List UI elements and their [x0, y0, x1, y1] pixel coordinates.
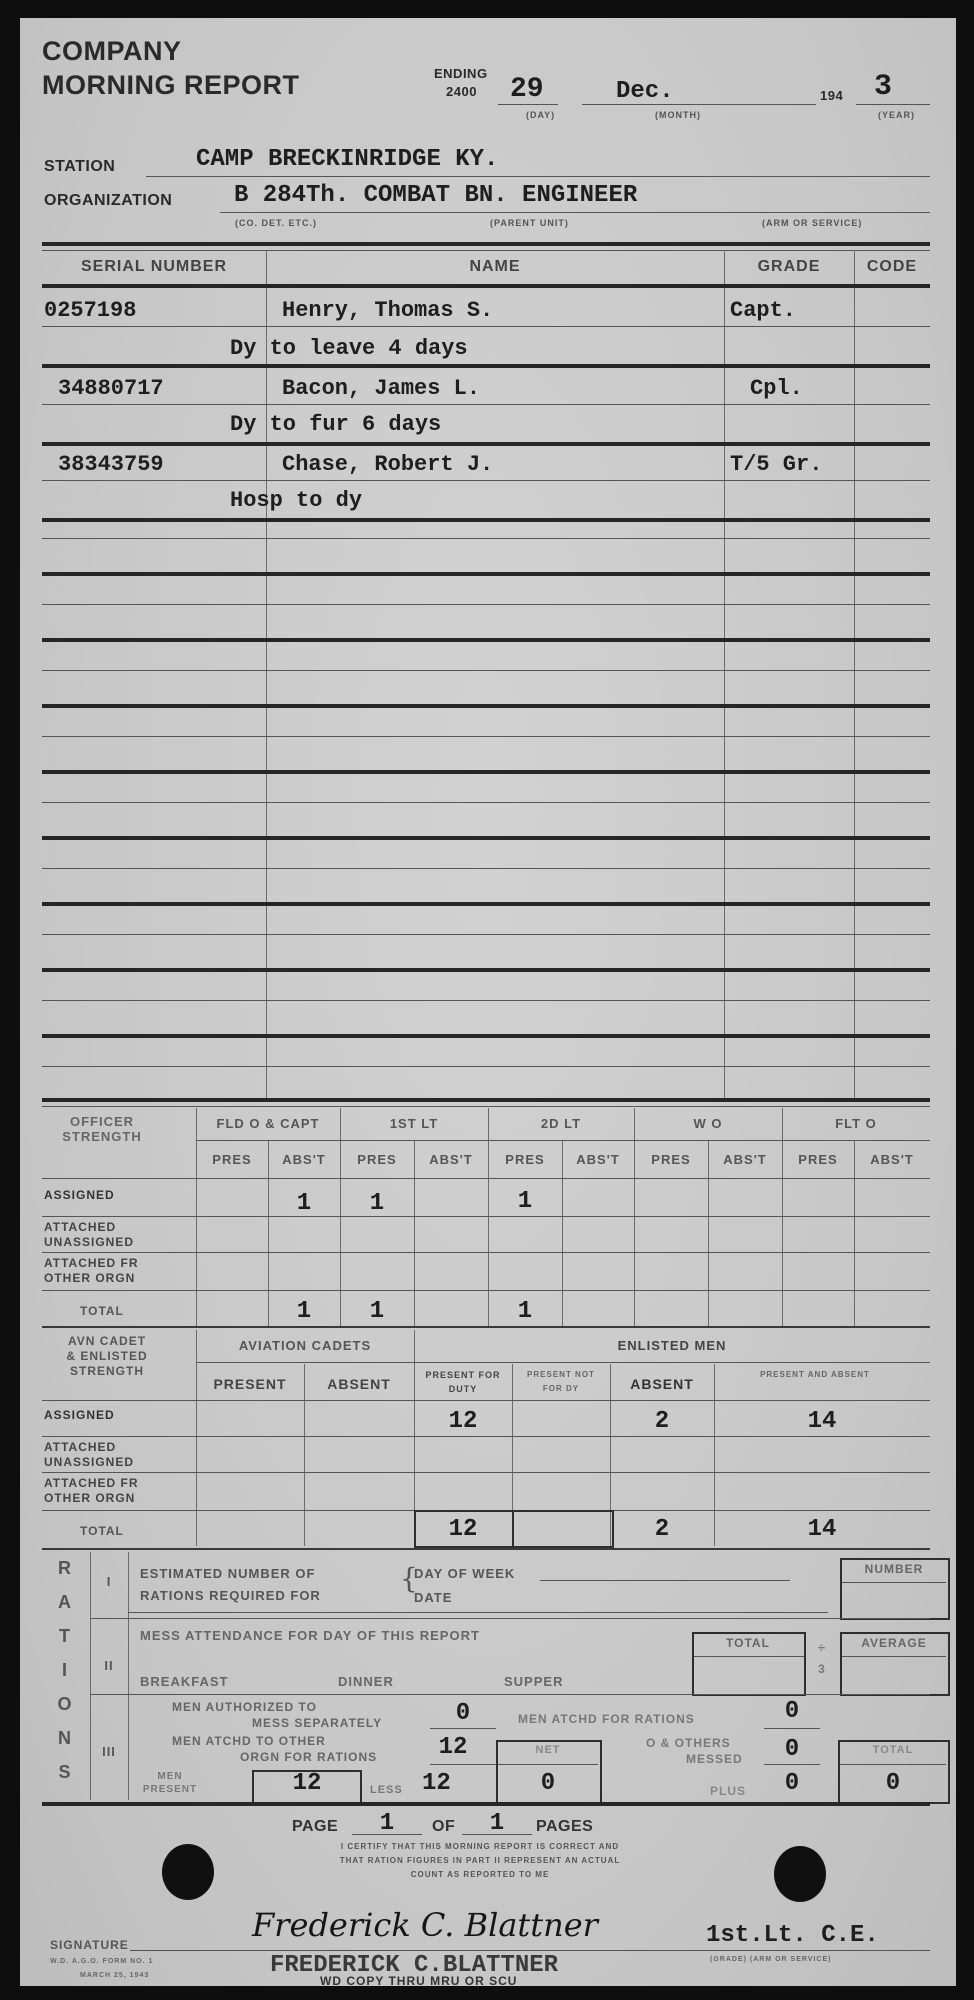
entry-rule [42, 638, 930, 642]
atchd-other-value[interactable]: 12 [420, 1734, 486, 1761]
side-letter: R [50, 1558, 80, 1579]
os-rule [42, 1178, 930, 1179]
certify-line3: COUNT AS REPORTED TO ME [240, 1868, 720, 1882]
part-ii-bottom-rule [90, 1694, 930, 1695]
col-header-code: CODE [854, 258, 930, 276]
soldier-grade[interactable]: Capt. [730, 298, 796, 323]
es-subheader-rule [196, 1362, 930, 1363]
os-group-2d-lt: 2D LT [488, 1116, 634, 1131]
os-group-flt-o: FLT O [782, 1116, 930, 1131]
soldier-name[interactable]: Bacon, James L. [282, 376, 480, 401]
es-cell[interactable]: 14 [714, 1408, 930, 1435]
mess-total-rule [694, 1656, 804, 1657]
part-i-numeral: I [90, 1574, 128, 1589]
entry-rule [42, 518, 930, 522]
certify-line1: I CERTIFY THAT THIS MORNING REPORT IS CO… [240, 1840, 720, 1854]
es-rule [42, 1472, 930, 1473]
soldier-grade[interactable]: T/5 Gr. [730, 452, 822, 477]
row-rule [42, 802, 930, 803]
auth-sep-value[interactable]: 0 [430, 1700, 496, 1727]
supper-label: SUPPER [504, 1674, 563, 1689]
station-value[interactable]: CAMP BRECKINRIDGE KY. [196, 146, 498, 173]
officer-strength-title-2: STRENGTH [42, 1129, 162, 1144]
page-number[interactable]: 1 [352, 1810, 422, 1837]
signature-script[interactable]: Frederick C. Blattner [252, 1906, 598, 1944]
average-rule [842, 1656, 946, 1657]
entry-rule [42, 1098, 930, 1102]
soldier-name[interactable]: Henry, Thomas S. [282, 298, 493, 323]
es-row-label-attached-fr-other: ATTACHED FR OTHER ORGN [44, 1476, 164, 1506]
dinner-label: DINNER [338, 1674, 394, 1689]
page-total[interactable]: 1 [462, 1810, 532, 1837]
entry-rule [42, 1034, 930, 1038]
os-divider [562, 1140, 563, 1326]
date-label: DATE [414, 1590, 452, 1605]
es-cell[interactable]: 12 [414, 1516, 512, 1543]
es-title-2: & ENLISTED [42, 1349, 172, 1364]
os-group-1st-lt: 1ST LT [340, 1116, 488, 1131]
organization-label: ORGANIZATION [44, 192, 172, 210]
es-col-absent: ABSENT [304, 1376, 414, 1392]
os-sub-pres: PRES [634, 1152, 708, 1167]
organization-value[interactable]: B 284Th. COMBAT BN. ENGINEER [234, 182, 637, 209]
signature-label: SIGNATURE [50, 1938, 129, 1952]
es-col-present-not-for-dy: PRESENT NOT FOR DY [520, 1368, 602, 1396]
year-underline [856, 104, 930, 105]
day-caption: (DAY) [526, 110, 555, 120]
mess-attendance-title: MESS ATTENDANCE FOR DAY OF THIS REPORT [140, 1628, 480, 1643]
es-col-present-for-duty: PRESENT FOR DUTY [424, 1368, 502, 1396]
part-iii-numeral: III [90, 1744, 128, 1759]
os-row-label-attached-unassigned: ATTACHED UNASSIGNED [44, 1220, 164, 1250]
os-subheader-rule [196, 1140, 930, 1141]
net-label: NET [496, 1744, 600, 1756]
os-sub-abst: ABS'T [854, 1152, 930, 1167]
ration-total-label: TOTAL [838, 1744, 948, 1756]
row-rule [42, 934, 930, 935]
of-label: OF [432, 1818, 455, 1836]
row-rule [42, 1000, 930, 1001]
soldier-name[interactable]: Chase, Robert J. [282, 452, 493, 477]
certify-line2: THAT RATION FIGURES IN PART II REPRESENT… [240, 1854, 720, 1868]
entry-rule [42, 442, 930, 446]
entry-rule [42, 704, 930, 708]
os-row-label-total: TOTAL [80, 1304, 124, 1318]
ending-time: 2400 [446, 84, 477, 99]
morning-report-form: COMPANY MORNING REPORT ENDING 2400 29 (D… [20, 18, 956, 1986]
rations-divider [128, 1552, 129, 1800]
row-rule [42, 326, 930, 327]
os-sub-pres: PRES [196, 1152, 268, 1167]
side-letter: N [50, 1728, 80, 1749]
caption-arm-service: (ARM OR SERVICE) [762, 218, 862, 228]
es-bottom-rule [42, 1548, 930, 1550]
entry-remark[interactable]: Hosp to dy [230, 488, 362, 513]
atchd-for-rations-label: MEN ATCHD FOR RATIONS [518, 1712, 695, 1726]
atchd-other-line1: MEN ATCHD TO OTHER [172, 1734, 326, 1748]
grade-service[interactable]: 1st.Lt. C.E. [706, 1922, 879, 1949]
auth-sep-line1: MEN AUTHORIZED TO [172, 1700, 317, 1714]
es-title-3: STRENGTH [42, 1364, 172, 1379]
part-i-line1: ESTIMATED NUMBER OF [140, 1566, 315, 1581]
net-rule [498, 1764, 598, 1765]
atchd-for-rations-value[interactable]: 0 [764, 1698, 820, 1725]
ration-total-value[interactable]: 0 [838, 1770, 948, 1797]
os-cell[interactable]: 1 [268, 1298, 340, 1325]
os-cell[interactable]: 1 [488, 1298, 562, 1325]
divide-by: 3 [810, 1662, 834, 1676]
copy-note: WD COPY THRU MRU OR SCU [320, 1974, 517, 1988]
form-title-line1: COMPANY [42, 36, 182, 66]
roster-top-rule [42, 242, 930, 246]
month-value[interactable]: Dec. [616, 78, 674, 105]
es-cell[interactable]: 14 [714, 1516, 930, 1543]
entry-rule-2 [42, 1106, 930, 1107]
os-sub-abst: ABS'T [268, 1152, 340, 1167]
divide-icon: ÷ [810, 1640, 834, 1655]
os-rule [42, 1290, 930, 1291]
row-rule [42, 1066, 930, 1067]
os-sub-abst: ABS'T [562, 1152, 634, 1167]
organization-underline [220, 212, 930, 213]
os-row-label-assigned: ASSIGNED [44, 1188, 115, 1202]
side-letter: A [50, 1592, 80, 1613]
row-rule [42, 868, 930, 869]
es-col-present-and-absent: PRESENT AND ABSENT [760, 1368, 870, 1382]
day-value[interactable]: 29 [510, 74, 544, 105]
page-label: PAGE [292, 1818, 338, 1836]
serial-number[interactable]: 38343759 [58, 452, 164, 477]
station-label: STATION [44, 158, 115, 176]
form-title-line2: MORNING REPORT [42, 70, 300, 100]
col-header-name: NAME [266, 258, 724, 276]
es-row-label-assigned: ASSIGNED [44, 1408, 115, 1422]
side-letter: O [50, 1694, 80, 1715]
form-number: W.D. A.G.O. FORM NO. 1 [50, 1958, 153, 1965]
pages-label: PAGES [536, 1818, 593, 1836]
officer-strength-title-1: OFFICER [42, 1114, 162, 1129]
others-underline [764, 1764, 820, 1765]
os-group-fld-capt: FLD O & CAPT [196, 1116, 340, 1131]
os-divider [854, 1140, 855, 1326]
breakfast-label: BREAKFAST [140, 1674, 228, 1689]
men-present-line2: PRESENT [130, 1783, 210, 1796]
os-sub-abst: ABS'T [414, 1152, 488, 1167]
row-rule [42, 670, 930, 671]
es-group-enlisted-men: ENLISTED MEN [414, 1338, 930, 1353]
os-sub-pres: PRES [488, 1152, 562, 1167]
ending-label: ENDING [434, 66, 488, 81]
es-cell[interactable]: 12 [414, 1408, 512, 1435]
entry-rule [42, 836, 930, 840]
col-header-grade: GRADE [724, 258, 854, 276]
header-rule [42, 284, 930, 288]
es-col-present: PRESENT [196, 1376, 304, 1392]
caption-co-det: (CO. DET. ETC.) [235, 218, 317, 228]
number-label: NUMBER [840, 1562, 948, 1576]
form-date: MARCH 25, 1943 [80, 1972, 149, 1979]
others-line1: O & OTHERS [646, 1736, 731, 1750]
os-group-wo: W O [634, 1116, 782, 1131]
part-i-line2: RATIONS REQUIRED FOR [140, 1588, 321, 1603]
net-value[interactable]: 0 [496, 1770, 600, 1797]
os-rule [42, 1252, 930, 1253]
entry-remark[interactable]: Dy to leave 4 days [230, 336, 468, 361]
atchd-other-line2: ORGN FOR RATIONS [240, 1750, 377, 1764]
station-underline [146, 176, 930, 177]
row-rule [42, 604, 930, 605]
atchd-for-rations-underline [764, 1728, 820, 1729]
es-group-aviation-cadets: AVIATION CADETS [196, 1338, 414, 1353]
os-rule [42, 1216, 930, 1217]
others-value[interactable]: 0 [764, 1736, 820, 1763]
part-i-bottom-rule [128, 1612, 828, 1613]
entry-rule [42, 364, 930, 368]
os-sub-pres: PRES [782, 1152, 854, 1167]
soldier-grade[interactable]: Cpl. [750, 376, 803, 401]
es-cell[interactable]: 2 [610, 1408, 714, 1435]
punch-hole-right [774, 1846, 826, 1902]
entry-rule [42, 902, 930, 906]
part-ii-numeral: II [90, 1658, 128, 1673]
month-caption: (MONTH) [655, 110, 701, 120]
side-letter: T [50, 1626, 80, 1647]
grade-caption: (GRADE) (ARM OR SERVICE) [710, 1956, 831, 1963]
rations-bottom-rule [42, 1802, 930, 1806]
punch-hole-left [162, 1844, 214, 1900]
es-rule [42, 1436, 930, 1437]
entry-rule [42, 572, 930, 576]
es-row-label-total: TOTAL [80, 1524, 124, 1538]
day-of-week-label: DAY OF WEEK [414, 1566, 515, 1581]
day-of-week-field[interactable] [540, 1580, 790, 1581]
row-rule [42, 538, 930, 539]
os-sub-abst: ABS'T [708, 1152, 782, 1167]
os-divider [708, 1140, 709, 1326]
plus-label: PLUS [710, 1784, 746, 1798]
os-sub-pres: PRES [340, 1152, 414, 1167]
entry-rule [42, 770, 930, 774]
row-rule [42, 480, 930, 481]
serial-number[interactable]: 0257198 [44, 298, 136, 323]
part-ii-top-rule [90, 1618, 930, 1619]
es-total-box-divider [512, 1510, 514, 1546]
signature-line [130, 1950, 930, 1951]
caption-parent-unit: (PARENT UNIT) [490, 218, 569, 228]
entry-remark[interactable]: Dy to fur 6 days [230, 412, 441, 437]
side-letter: I [50, 1660, 80, 1681]
less-label: LESS [370, 1784, 403, 1796]
less-value[interactable]: 12 [422, 1770, 451, 1797]
plus-value[interactable]: 0 [764, 1770, 820, 1797]
es-title-1: AVN CADET [42, 1334, 172, 1349]
men-present-value[interactable]: 12 [252, 1770, 362, 1797]
serial-number[interactable]: 34880717 [58, 376, 164, 401]
rations-divider [90, 1552, 91, 1800]
year-value[interactable]: 3 [874, 70, 892, 104]
ration-total-rule [840, 1764, 946, 1765]
col-header-serial: SERIAL NUMBER [42, 258, 266, 276]
men-present-line1: MEN [130, 1770, 210, 1783]
es-row-label-attached-unassigned: ATTACHED UNASSIGNED [44, 1440, 164, 1470]
es-col-absent-em: ABSENT [610, 1376, 714, 1392]
year-caption: (YEAR) [878, 110, 915, 120]
os-divider [414, 1140, 415, 1326]
average-label: AVERAGE [840, 1636, 948, 1650]
os-bottom-rule [42, 1326, 930, 1328]
os-cell[interactable]: 1 [268, 1190, 340, 1217]
es-rule [42, 1400, 930, 1401]
atchd-other-underline [430, 1764, 496, 1765]
os-cell[interactable]: 1 [340, 1298, 414, 1325]
year-prefix: 194 [820, 88, 843, 103]
auth-sep-underline [430, 1728, 496, 1729]
entry-rule [42, 968, 930, 972]
number-box-rule [842, 1582, 946, 1583]
roster-top-rule-2 [42, 250, 930, 251]
side-letter: S [50, 1762, 80, 1783]
row-rule [42, 736, 930, 737]
es-cell[interactable]: 2 [610, 1516, 714, 1543]
os-cell[interactable]: 1 [340, 1190, 414, 1217]
row-rule [42, 404, 930, 405]
mess-total-label: TOTAL [692, 1636, 804, 1650]
auth-sep-line2: MESS SEPARATELY [252, 1716, 382, 1730]
others-line2: MESSED [686, 1752, 743, 1766]
os-cell[interactable]: 1 [488, 1188, 562, 1215]
os-row-label-attached-fr-other: ATTACHED FR OTHER ORGN [44, 1256, 164, 1286]
